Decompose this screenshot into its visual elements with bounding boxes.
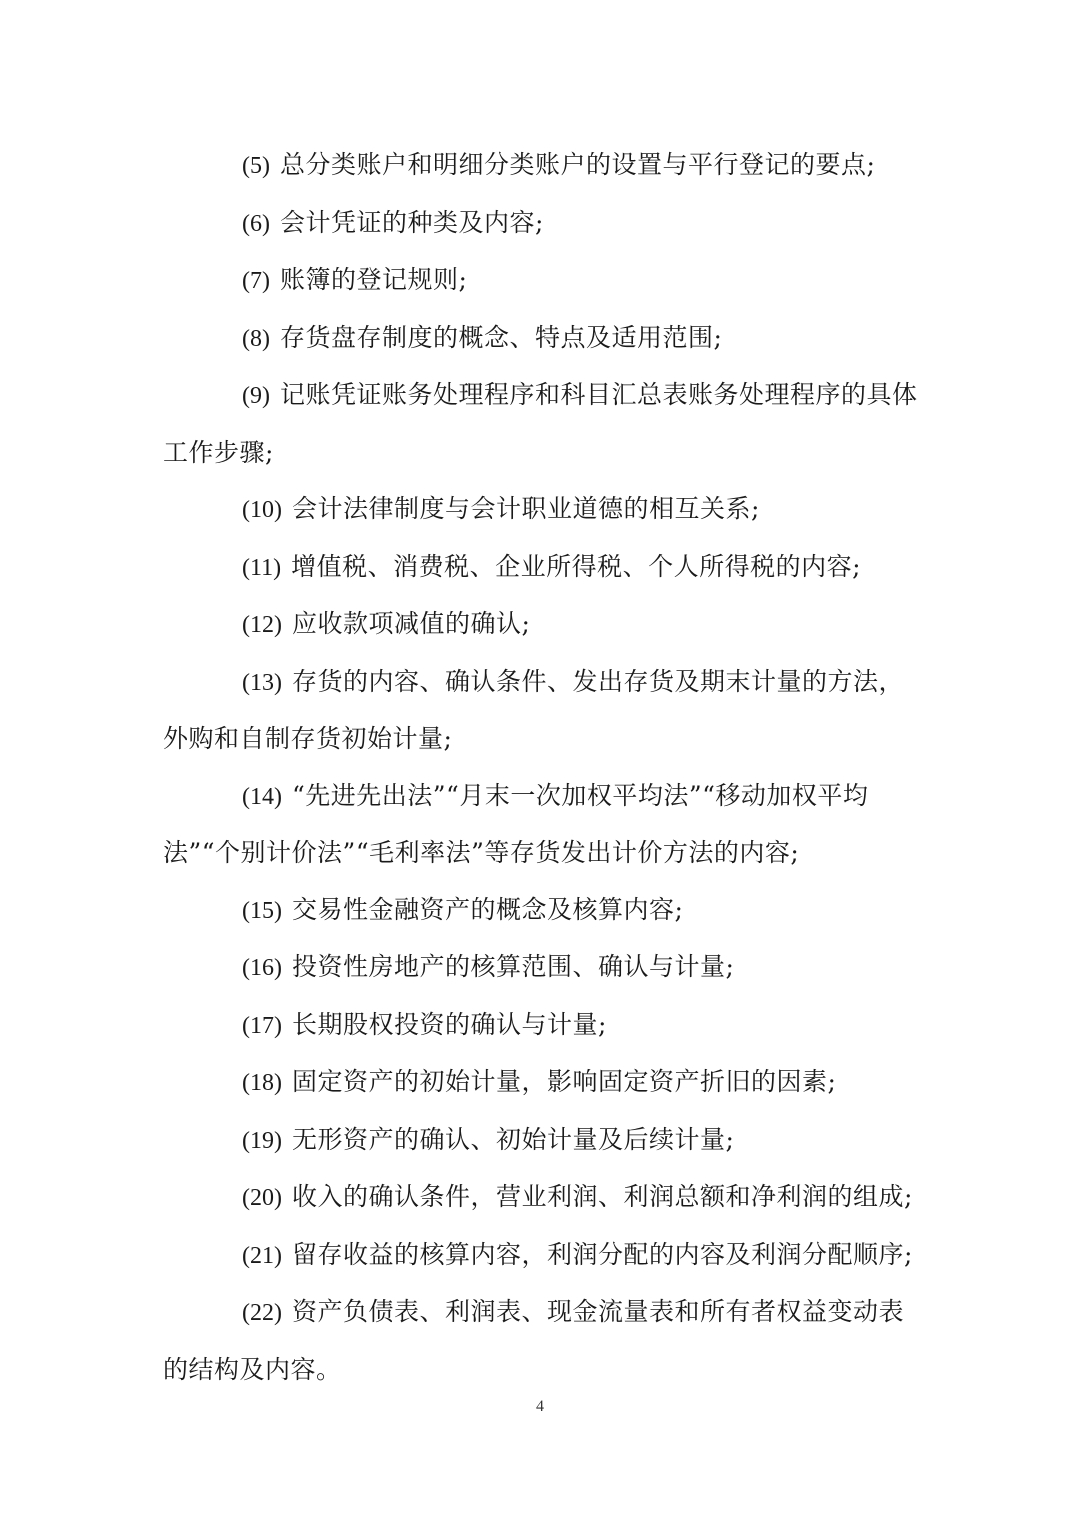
item-number: (8) xyxy=(242,326,270,352)
list-item-18: (18)固定资产的初始计量，影响固定资产折旧的因素; xyxy=(163,1054,923,1112)
item-text: 存货盘存制度的概念、特点及适用范围; xyxy=(280,323,722,352)
item-number: (15) xyxy=(242,898,282,924)
item-text: 账簿的登记规则; xyxy=(280,265,467,294)
item-number: (6) xyxy=(242,211,270,237)
list-item-19: (19)无形资产的确认、初始计量及后续计量; xyxy=(163,1112,923,1170)
document-page: (5)总分类账户和明细分类账户的设置与平行登记的要点; (6)会计凭证的种类及内… xyxy=(0,0,1080,1527)
item-text: 会计凭证的种类及内容; xyxy=(280,208,544,237)
list-item-5: (5)总分类账户和明细分类账户的设置与平行登记的要点; xyxy=(163,137,923,195)
list-item-15: (15)交易性金融资产的概念及核算内容; xyxy=(163,882,923,940)
item-text: 会计法律制度与会计职业道德的相互关系; xyxy=(292,494,760,523)
list-item-6: (6)会计凭证的种类及内容; xyxy=(163,195,923,253)
item-number: (17) xyxy=(242,1013,282,1039)
item-text: 投资性房地产的核算范围、确认与计量; xyxy=(292,952,734,981)
item-number: (20) xyxy=(242,1185,282,1211)
list-item-13: (13)存货的内容、确认条件、发出存货及期末计量的方法，外购和自制存货初始计量; xyxy=(163,654,923,768)
item-number: (22) xyxy=(242,1300,282,1326)
list-item-20: (20)收入的确认条件，营业利润、利润总额和净利润的组成; xyxy=(163,1169,923,1227)
item-number: (12) xyxy=(242,612,282,638)
item-number: (11) xyxy=(242,555,281,581)
item-number: (7) xyxy=(242,268,270,294)
item-number: (9) xyxy=(242,383,270,409)
item-number: (18) xyxy=(242,1070,282,1096)
item-number: (13) xyxy=(242,670,282,696)
list-item-16: (16)投资性房地产的核算范围、确认与计量; xyxy=(163,939,923,997)
item-text: 收入的确认条件，营业利润、利润总额和净利润的组成; xyxy=(292,1182,913,1211)
item-text: 总分类账户和明细分类账户的设置与平行登记的要点; xyxy=(280,150,875,179)
item-text: 记账凭证账务处理程序和科目汇总表账务处理程序的具体工作步骤; xyxy=(163,380,918,467)
list-item-21: (21)留存收益的核算内容，利润分配的内容及利润分配顺序; xyxy=(163,1227,923,1285)
list-item-17: (17)长期股权投资的确认与计量; xyxy=(163,997,923,1055)
page-number: 4 xyxy=(0,1398,1080,1416)
item-number: (19) xyxy=(242,1128,282,1154)
item-text: 无形资产的确认、初始计量及后续计量; xyxy=(292,1125,734,1154)
item-text: 固定资产的初始计量，影响固定资产折旧的因素; xyxy=(292,1067,836,1096)
item-text: 应收款项减值的确认; xyxy=(292,609,530,638)
item-number: (21) xyxy=(242,1243,282,1269)
list-item-11: (11)增值税、消费税、企业所得税、个人所得税的内容; xyxy=(163,539,923,597)
list-item-10: (10)会计法律制度与会计职业道德的相互关系; xyxy=(163,481,923,539)
list-item-8: (8)存货盘存制度的概念、特点及适用范围; xyxy=(163,310,923,368)
item-number: (14) xyxy=(242,784,282,810)
list-item-22: (22)资产负债表、利润表、现金流量表和所有者权益变动表的结构及内容。 xyxy=(163,1284,923,1398)
list-item-14: (14)“先进先出法”“月末一次加权平均法”“移动加权平均法”“个别计价法”“毛… xyxy=(163,768,923,882)
item-text: 长期股权投资的确认与计量; xyxy=(292,1010,607,1039)
document-body: (5)总分类账户和明细分类账户的设置与平行登记的要点; (6)会计凭证的种类及内… xyxy=(163,137,923,1398)
list-item-7: (7)账簿的登记规则; xyxy=(163,252,923,310)
item-text: 留存收益的核算内容，利润分配的内容及利润分配顺序; xyxy=(292,1240,913,1269)
item-number: (10) xyxy=(242,497,282,523)
list-item-12: (12)应收款项减值的确认; xyxy=(163,596,923,654)
item-text: 交易性金融资产的概念及核算内容; xyxy=(292,895,683,924)
item-text: 增值税、消费税、企业所得税、个人所得税的内容; xyxy=(291,552,861,581)
item-number: (5) xyxy=(242,153,270,179)
list-item-9: (9)记账凭证账务处理程序和科目汇总表账务处理程序的具体工作步骤; xyxy=(163,367,923,481)
item-number: (16) xyxy=(242,955,282,981)
